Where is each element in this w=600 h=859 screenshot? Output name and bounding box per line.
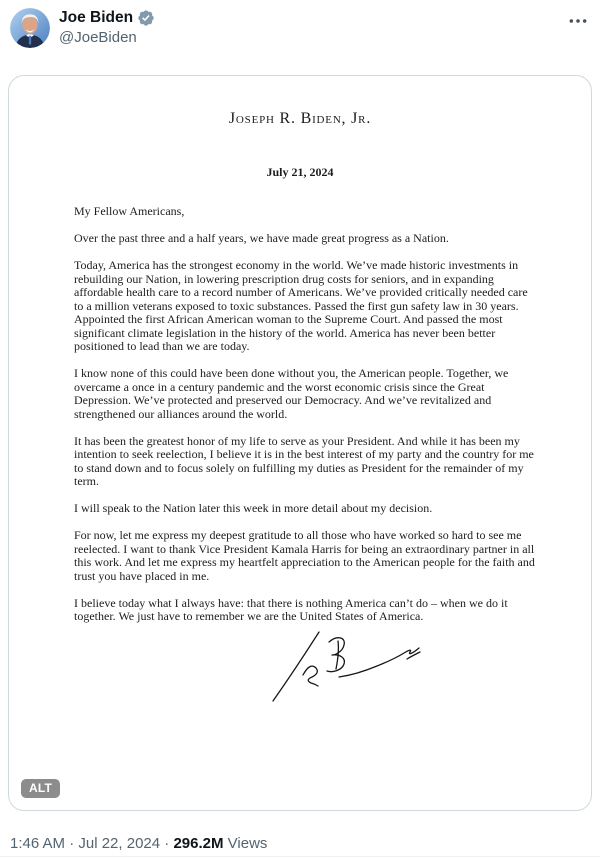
bottom-divider xyxy=(0,856,600,857)
letterhead-name: Joseph R. Biden, Jr. xyxy=(9,110,591,128)
letter-paragraph: It has been the greatest honor of my lif… xyxy=(74,435,539,489)
avatar[interactable] xyxy=(10,8,50,48)
tweet-image-letter[interactable]: Joseph R. Biden, Jr. July 21, 2024 My Fe… xyxy=(8,75,592,811)
letter-paragraph: I know none of this could have been done… xyxy=(74,367,539,421)
author-handle[interactable]: @JoeBiden xyxy=(59,28,155,48)
more-horizontal-dots-icon xyxy=(568,14,588,28)
joe-biden-signature-icon xyxy=(269,629,429,704)
meta-separator: · xyxy=(164,835,169,852)
tweet-header: Joe Biden @JoeBiden xyxy=(10,8,590,56)
joe-biden-profile-photo-icon xyxy=(10,8,50,48)
letter-paragraph: I believe today what I always have: that… xyxy=(74,597,539,624)
views-label: Views xyxy=(228,835,268,852)
tweet-meta: 1:46 AM · Jul 22, 2024 · 296.2M Views xyxy=(10,834,267,854)
letter-paragraph: I will speak to the Nation later this we… xyxy=(74,502,539,516)
timestamp: 1:46 AM · Jul 22, 2024 xyxy=(10,835,160,852)
verified-government-check-icon xyxy=(137,9,155,27)
alt-badge[interactable]: ALT xyxy=(21,779,60,798)
letter-date: July 21, 2024 xyxy=(9,165,591,180)
author-block: Joe Biden @JoeBiden xyxy=(59,8,155,48)
display-name[interactable]: Joe Biden xyxy=(59,8,133,28)
more-button[interactable] xyxy=(566,10,590,32)
letter-paragraph: Over the past three and a half years, we… xyxy=(74,232,539,246)
letter-paragraph: My Fellow Americans, xyxy=(74,205,539,219)
letter-paragraph: Today, America has the strongest economy… xyxy=(74,259,539,354)
author-name-row[interactable]: Joe Biden xyxy=(59,8,155,28)
letter-body: My Fellow Americans,Over the past three … xyxy=(74,205,539,624)
letter-paragraph: For now, let me express my deepest grati… xyxy=(74,529,539,583)
views-count: 296.2M xyxy=(173,835,223,852)
